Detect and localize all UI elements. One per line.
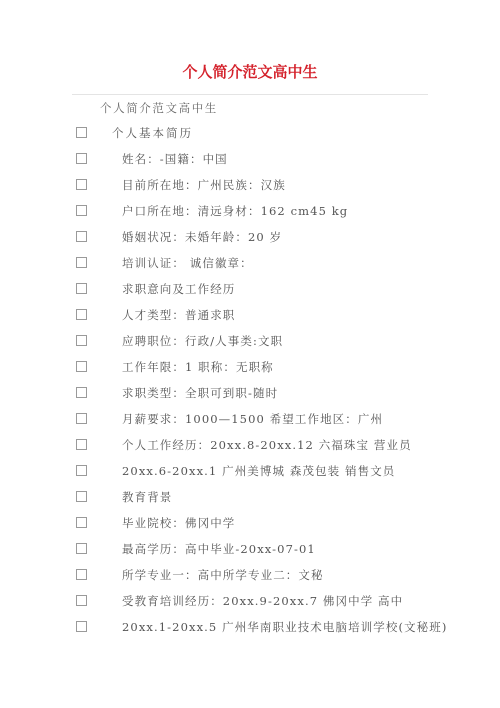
empty-checkbox-icon	[76, 127, 87, 138]
empty-checkbox-icon	[76, 205, 87, 216]
empty-checkbox-icon	[76, 309, 87, 320]
empty-checkbox-icon	[76, 491, 87, 502]
item-text: 户口所在地：清远身材：162 cm45 kg	[122, 202, 348, 220]
list-item-majors: 所学专业一：高中所学专业二：文秘	[0, 566, 500, 592]
list-item-certification: 培训认证： 诚信徽章：	[0, 254, 500, 280]
empty-checkbox-icon	[76, 569, 87, 580]
list-item-highest-degree: 最高学历：高中毕业-20xx-07-01	[0, 540, 500, 566]
empty-checkbox-icon	[76, 387, 87, 398]
empty-checkbox-icon	[76, 335, 87, 346]
empty-checkbox-icon	[76, 595, 87, 606]
empty-checkbox-icon	[76, 543, 87, 554]
resume-list: 个人基本简历 姓名：-国籍：中国 目前所在地：广州民族：汉族 户口所在地：清远身…	[0, 124, 500, 644]
list-item-salary-area: 月薪要求：1000—1500 希望工作地区：广州	[0, 410, 500, 436]
item-text: 求职类型：全职可到职-随时	[122, 384, 278, 402]
item-text: 个人工作经历：20xx.8-20xx.12 六福珠宝 营业员	[122, 436, 412, 454]
list-item-training-1: 受教育培训经历：20xx.9-20xx.7 佛冈中学 高中	[0, 592, 500, 618]
page-title: 个人简介范文高中生	[0, 62, 500, 82]
document-subtitle: 个人简介范文高中生	[100, 99, 218, 117]
list-item-name-nationality: 姓名：-国籍：中国	[0, 150, 500, 176]
empty-checkbox-icon	[76, 283, 87, 294]
item-text: 求职意向及工作经历	[122, 280, 235, 298]
section-heading: 个人基本简历	[112, 124, 193, 142]
item-text: 姓名：-国籍：中国	[122, 150, 228, 168]
empty-checkbox-icon	[76, 465, 87, 476]
list-item-marital-age: 婚姻状况：未婚年龄：20 岁	[0, 228, 500, 254]
list-item-school: 毕业院校：佛冈中学	[0, 514, 500, 540]
empty-checkbox-icon	[76, 231, 87, 242]
empty-checkbox-icon	[76, 179, 87, 190]
empty-checkbox-icon	[76, 517, 87, 528]
item-text: 毕业院校：佛冈中学	[122, 514, 235, 532]
empty-checkbox-icon	[76, 361, 87, 372]
list-item-basic-resume: 个人基本简历	[0, 124, 500, 150]
empty-checkbox-icon	[76, 413, 87, 424]
item-text: 培训认证： 诚信徽章：	[122, 254, 253, 272]
item-text: 目前所在地：广州民族：汉族	[122, 176, 286, 194]
item-text: 婚姻状况：未婚年龄：20 岁	[122, 228, 282, 246]
list-item-work-history-2: 20xx.6-20xx.1 广州美博城 森茂包装 销售文员	[0, 462, 500, 488]
item-text: 最高学历：高中毕业-20xx-07-01	[122, 540, 316, 558]
list-item-training-2: 20xx.1-20xx.5 广州华南职业技术电脑培训学校(文秘班)	[0, 618, 500, 644]
list-item-location-ethnicity: 目前所在地：广州民族：汉族	[0, 176, 500, 202]
item-text: 月薪要求：1000—1500 希望工作地区：广州	[122, 410, 383, 428]
item-text: 20xx.1-20xx.5 广州华南职业技术电脑培训学校(文秘班)	[122, 618, 447, 636]
item-text: 受教育培训经历：20xx.9-20xx.7 佛冈中学 高中	[122, 592, 403, 610]
empty-checkbox-icon	[76, 257, 87, 268]
item-text: 工作年限：1 职称：无职称	[122, 358, 274, 376]
item-text: 所学专业一：高中所学专业二：文秘	[122, 566, 324, 584]
list-item-work-years: 工作年限：1 职称：无职称	[0, 358, 500, 384]
list-item-talent-type: 人才类型：普通求职	[0, 306, 500, 332]
item-text: 人才类型：普通求职	[122, 306, 235, 324]
empty-checkbox-icon	[76, 153, 87, 164]
empty-checkbox-icon	[76, 621, 87, 632]
list-item-job-intention-heading: 求职意向及工作经历	[0, 280, 500, 306]
list-item-work-history-1: 个人工作经历：20xx.8-20xx.12 六福珠宝 营业员	[0, 436, 500, 462]
empty-checkbox-icon	[76, 439, 87, 450]
title-divider	[72, 94, 428, 95]
list-item-hukou-build: 户口所在地：清远身材：162 cm45 kg	[0, 202, 500, 228]
list-item-education-heading: 教育背景	[0, 488, 500, 514]
list-item-job-type: 求职类型：全职可到职-随时	[0, 384, 500, 410]
item-text: 20xx.6-20xx.1 广州美博城 森茂包装 销售文员	[122, 462, 395, 480]
item-text: 应聘职位：行政/人事类:文职	[122, 332, 283, 350]
list-item-position: 应聘职位：行政/人事类:文职	[0, 332, 500, 358]
item-text: 教育背景	[122, 488, 172, 506]
